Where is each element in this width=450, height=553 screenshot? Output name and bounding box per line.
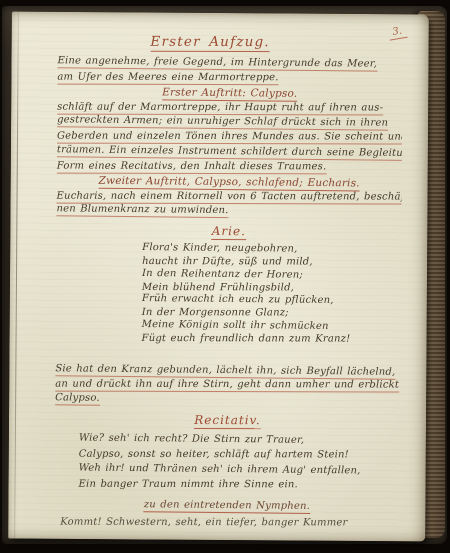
manuscript-line-act-title: Erster Aufzug. <box>58 33 363 52</box>
manuscript-line-music-heading: Arie. <box>56 223 401 240</box>
manuscript-line-direction-centered: zu den eintretenden Nymphen. <box>54 496 399 515</box>
page-crease <box>14 12 19 539</box>
handwritten-text: zu den eintretenden Nymphen. <box>144 499 310 513</box>
handwritten-text: Geberden und einzelen Tönen ihres Mundes… <box>57 131 403 145</box>
handwritten-text: schläft auf der Marmortreppe, ihr Haupt … <box>57 101 383 114</box>
manuscript-line-recit: Ein banger Traum nimmt ihre Sinne ein. <box>79 477 400 493</box>
manuscript-line-scene-heading: Zweiter Auftritt, Calypso, schlafend; Eu… <box>57 173 402 192</box>
handwritten-text: Ein banger Traum nimmt ihre Sinne ein. <box>79 479 298 491</box>
text-area: Erster Aufzug.Eine angenehme, freie Gege… <box>54 32 402 535</box>
handwritten-text: an und drückt ihn auf ihre Stirn, geht d… <box>55 379 399 392</box>
handwritten-text: haucht ihr Düfte, süß und mild, <box>142 256 313 267</box>
handwritten-text: In der Morgensonne Glanz; <box>142 307 289 318</box>
handwritten-text: Sie hat den Kranz gebunden, lächelt ihn,… <box>55 363 395 379</box>
manuscript-line-stage-direction: am Ufer des Meeres eine Marmortreppe. <box>57 70 402 86</box>
manuscript-line-stage-direction: nen Blumenkranz zu umwinden. <box>56 203 401 221</box>
handwritten-text: Früh erwacht ich euch zu pflücken, <box>142 293 334 306</box>
manuscript-photo: 3. Erster Aufzug.Eine angenehme, freie G… <box>0 0 450 553</box>
book-page: 3. Erster Aufzug.Eine angenehme, freie G… <box>8 12 429 542</box>
manuscript-line-final: Kommt! Schwestern, seht, ein tiefer, ban… <box>60 515 399 531</box>
handwritten-text: In den Reihentanz der Horen; <box>142 268 303 281</box>
handwritten-text: Eucharis, nach einem Ritornell von 6 Tac… <box>57 190 403 204</box>
handwritten-text: Eine angenehme, freie Gegend, im Hinterg… <box>57 55 377 71</box>
handwritten-text: Fügt euch freundlich dann zum Kranz! <box>142 333 351 345</box>
handwritten-text: Calypso. <box>55 392 100 405</box>
manuscript-line-stage-direction: Form eines Recitativs, den Inhalt dieses… <box>57 159 402 175</box>
handwritten-text: träumen. Ein einzeles Instrument schilde… <box>57 144 403 160</box>
handwritten-text: Arie. <box>212 224 246 240</box>
handwritten-text: Meine Königin sollt ihr schmücken <box>142 319 329 332</box>
handwritten-text: Zweiter Auftritt, Calypso, schlafend; Eu… <box>98 174 359 190</box>
manuscript-line-stage-direction: Calypso. <box>55 391 400 409</box>
handwritten-text: Erster Aufzug. <box>150 34 269 52</box>
manuscript-line-scene-heading: Erster Auftritt: Calypso. <box>57 84 402 103</box>
handwritten-text: Recitativ. <box>194 413 261 429</box>
handwritten-text: gestreckten Armen; ein unruhiger Schlaf … <box>57 115 388 131</box>
manuscript-line-verse: In den Reihentanz der Horen; <box>142 268 401 284</box>
handwritten-text: Form eines Recitativs, den Inhalt dieses… <box>57 160 327 173</box>
handwritten-text: Calypso, sonst so heiter, schläft auf ha… <box>79 449 349 461</box>
manuscript-line-music-heading: Recitativ. <box>55 412 400 429</box>
handwritten-text: nen Blumenkranz zu umwinden. <box>56 204 228 218</box>
handwritten-text: am Ufer des Meeres eine Marmortreppe. <box>57 71 278 84</box>
manuscript-line-verse: Fügt euch freundlich dann zum Kranz! <box>142 333 401 346</box>
handwritten-text: Wie? seh' ich recht? Die Stirn zur Traue… <box>79 432 304 445</box>
handwritten-text: Mein blühend Frühlingsbild, <box>142 282 294 293</box>
handwritten-text: Kommt! Schwestern, seht, ein tiefer, ban… <box>60 517 347 529</box>
handwritten-text: Erster Auftritt: Calypso. <box>162 86 297 101</box>
handwritten-text: Flora's Kinder, neugebohren, <box>142 242 297 255</box>
handwritten-text: Weh ihr! und Thränen seh' ich ihrem Aug'… <box>79 462 361 476</box>
